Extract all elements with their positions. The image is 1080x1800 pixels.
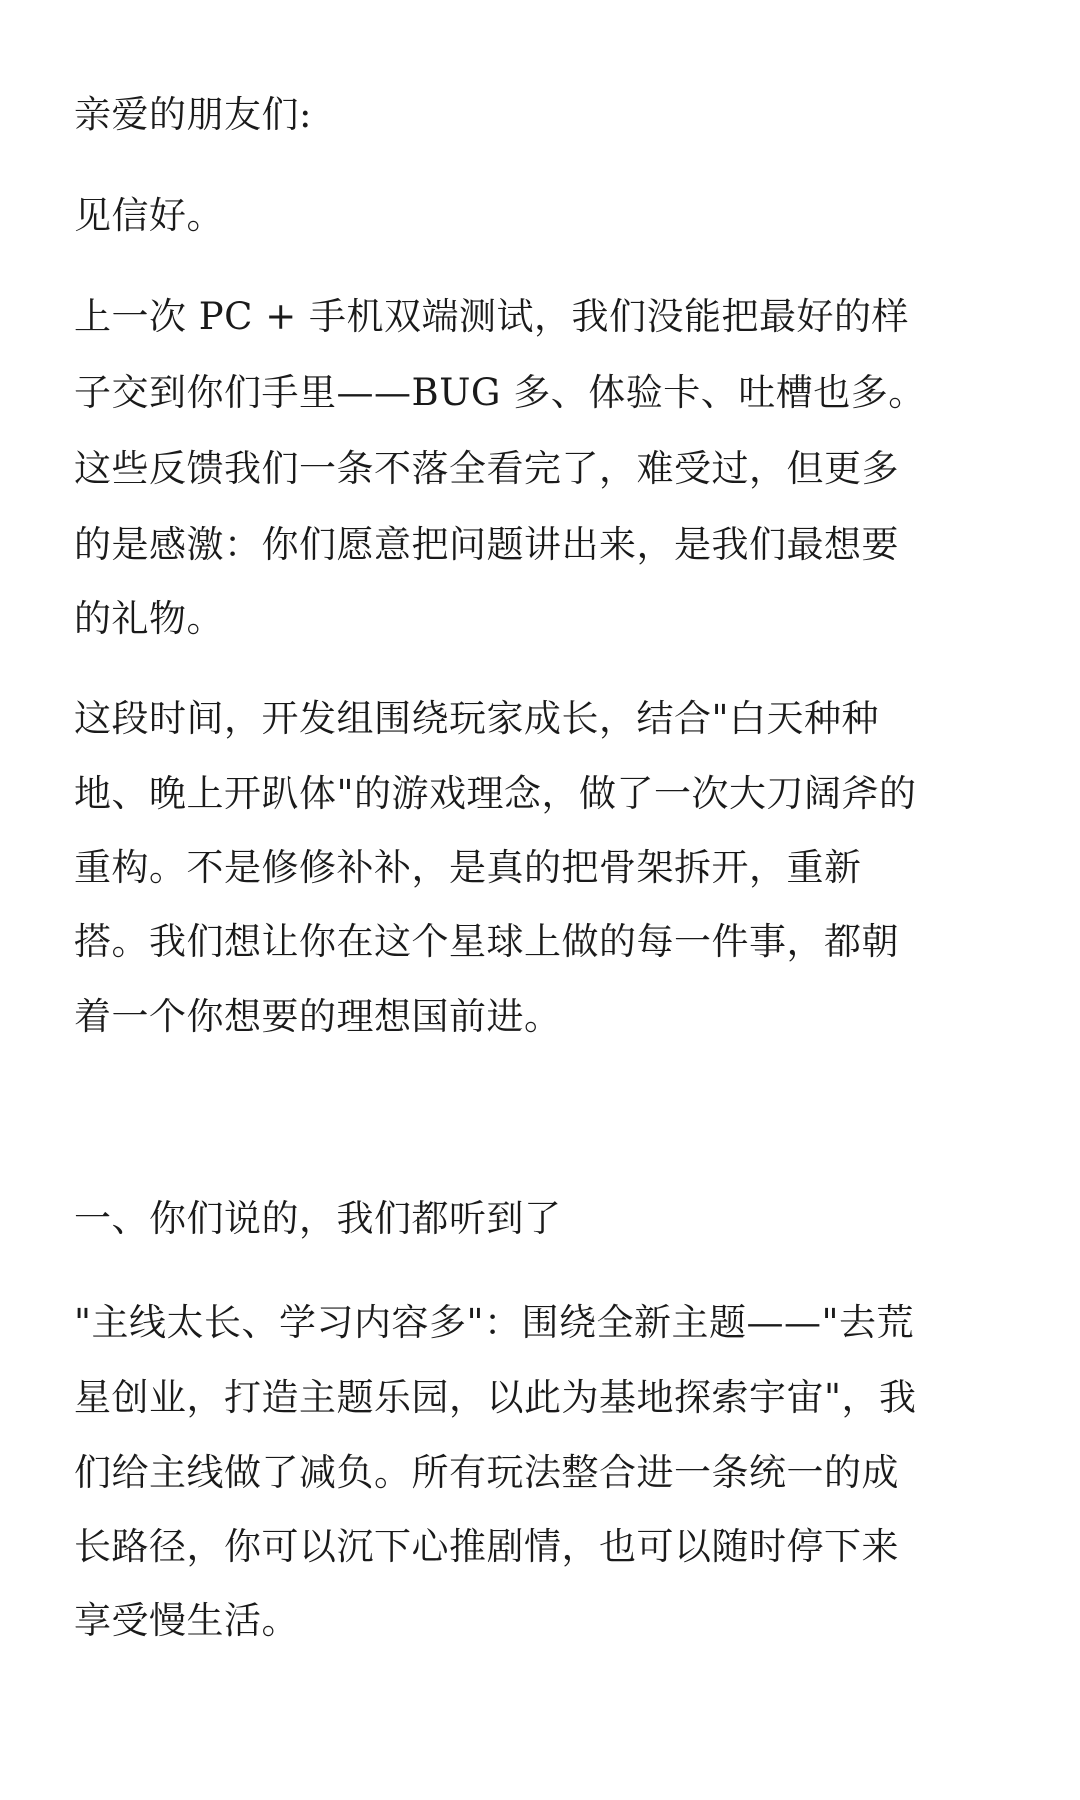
paragraph-line: 子交到你们手里——BUG 多、体验卡、吐槽也多。 <box>74 370 926 416</box>
paragraph-line: 长路径，你可以沉下心推剧情，也可以随时停下来 <box>74 1524 899 1570</box>
paragraph-line: 上一次 PC + 手机双端测试，我们没能把最好的样 <box>74 294 909 340</box>
paragraph-line: 们给主线做了减负。所有玩法整合进一条统一的成 <box>74 1450 899 1496</box>
paragraph-line: 重构。不是修修补补，是真的把骨架拆开，重新 <box>74 845 862 891</box>
paragraph-line: 地、晚上开趴体"的游戏理念，做了一次大刀阔斧的 <box>74 771 917 817</box>
paragraph-line: 享受慢生活。 <box>74 1598 299 1644</box>
paragraph-line: 着一个你想要的理想国前进。 <box>74 994 562 1040</box>
paragraph-line: 星创业，打造主题乐园，以此为基地探索宇宙"，我 <box>74 1375 917 1421</box>
section-heading: 一、你们说的，我们都听到了 <box>74 1196 562 1242</box>
paragraph-line: 这段时间，开发组围绕玩家成长，结合"白天种种 <box>74 696 879 742</box>
paragraph-line: "主线太长、学习内容多"：围绕全新主题——"去荒 <box>74 1300 914 1346</box>
salutation: 见信好。 <box>74 193 224 239</box>
paragraph-line: 搭。我们想让你在这个星球上做的每一件事，都朝 <box>74 919 899 965</box>
paragraph-line: 的礼物。 <box>74 596 224 642</box>
paragraph-line: 的是感激：你们愿意把问题讲出来，是我们最想要 <box>74 522 899 568</box>
paragraph-line: 这些反馈我们一条不落全看完了，难受过，但更多 <box>74 446 899 492</box>
greeting: 亲爱的朋友们: <box>74 92 312 138</box>
